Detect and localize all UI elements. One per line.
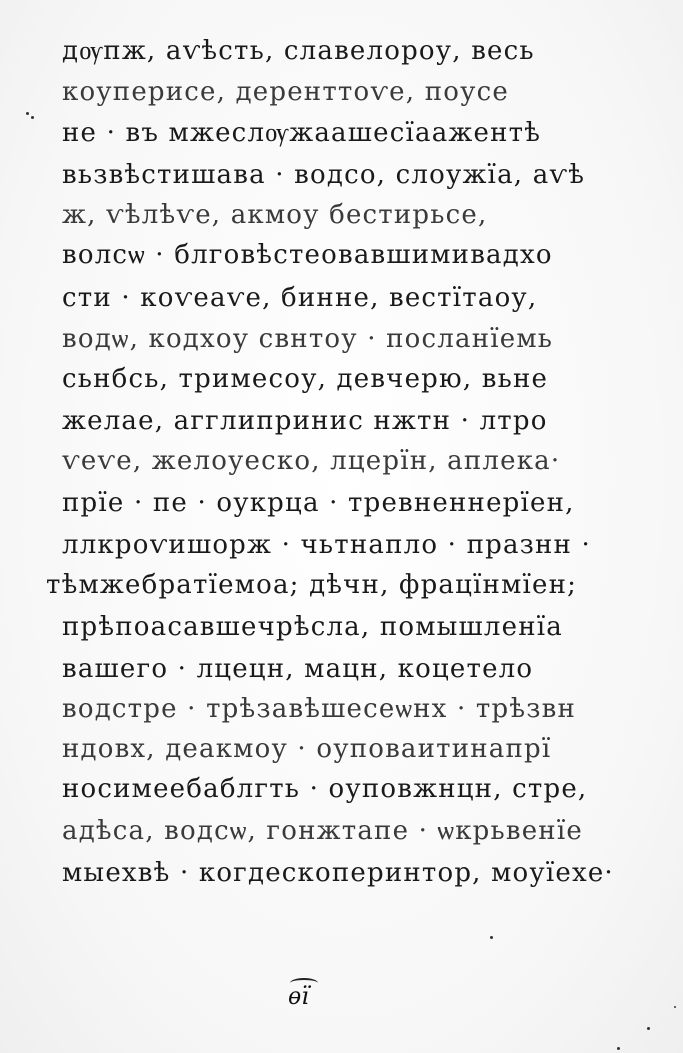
manuscript-line-1: дѹпж, аѵѣсть, славелороу, весь (62, 36, 535, 66)
manuscript-line-18: ндовх, деакмоу · оуповаитинапрї (62, 734, 551, 764)
manuscript-line-2: коуперисе, деренттоѵе, поусе (62, 77, 509, 107)
ink-speck (26, 112, 29, 115)
manuscript-page: дѹпж, аѵѣсть, славелороу, весь коуперисе… (0, 0, 683, 1053)
manuscript-line-3: не · въ мжеслѹжаашесїаажентѣ (62, 118, 541, 148)
manuscript-line-5: ж, ѵѣлѣѵе, акмоу бестирьсе, (62, 200, 487, 230)
ink-speck (674, 1006, 676, 1008)
manuscript-line-13: ллкроѵишорж · чьтнапло · празнн · (62, 530, 591, 560)
manuscript-line-6: волсѡ · блговѣстеовавшимивадхо (62, 240, 553, 270)
ink-speck (617, 1047, 620, 1050)
manuscript-line-15: прѣпоасавшечрѣсла, помышленїа (62, 612, 563, 642)
manuscript-line-10: желае, агглипринис нжтн · лтро (62, 406, 548, 436)
manuscript-line-16: вашего · лцецн, мацн, коцетело (62, 654, 533, 684)
ink-speck (31, 116, 34, 119)
manuscript-line-9: сьнбсь, тримесоу, девчерю, вьне (62, 364, 548, 394)
manuscript-line-14: тѣмжебратїемоа; дѣчн, фрацїнмїен; (46, 570, 577, 600)
manuscript-line-20: адѣса, водсѡ, гонжтапе · ѡкрьвенїе (62, 816, 583, 846)
ink-speck (647, 1027, 650, 1030)
ink-speck (490, 936, 493, 939)
manuscript-line-21: мыехвѣ · когдескоперинтор, моуїехе· (62, 858, 614, 888)
folio-number: ѳї (288, 982, 309, 1010)
manuscript-line-7: сти · коѵеаѵе, бинне, вестїтаоу, (62, 283, 537, 313)
manuscript-line-11: ѵеѵе, желоуеско, лцерїн, аплека· (62, 446, 560, 476)
manuscript-line-4: вьзвѣстишава · водсо, слоужїа, аѵѣ (62, 160, 585, 190)
manuscript-line-17: водстре · трѣзавѣшесеѡнх · трѣзвн (62, 694, 576, 724)
manuscript-line-12: прїе · пе · оукрца · тревненнерїен, (62, 488, 575, 518)
manuscript-line-19: носимеебаблгть · оуповжнцн, стре, (62, 774, 587, 804)
manuscript-line-8: водѡ, кодхоу свнтоу · посланїемь (62, 324, 553, 354)
